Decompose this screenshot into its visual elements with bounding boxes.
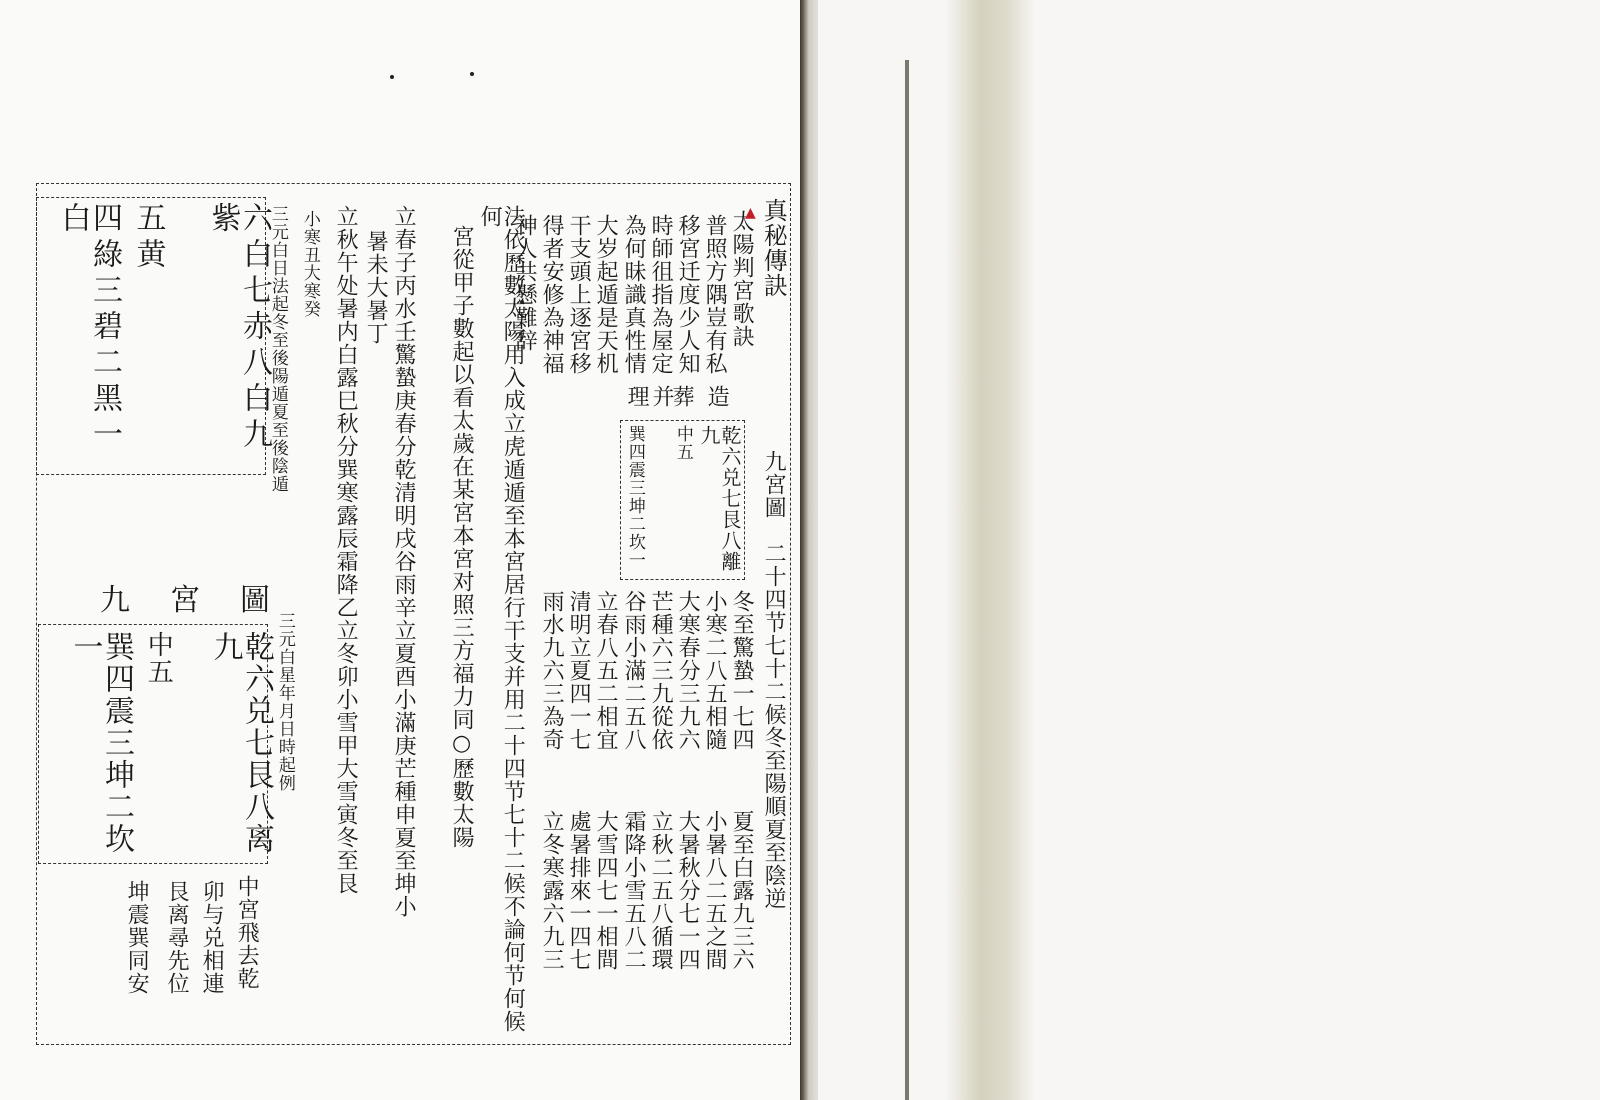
yang-term: 大寒春分三九六 <box>676 590 699 751</box>
left-page: 真秘傳訣 太陽判宮歌訣 普照方隅豈有私 移宮迁度少人知 時師徂指為屋定 為何昧識… <box>0 0 805 1100</box>
verse-line: 時師徂指為屋定 <box>649 214 672 375</box>
yang-term: 雨水九六三為奇 <box>540 590 563 751</box>
yang-term: 芒種六三九從依 <box>649 590 672 751</box>
closing-verse-line: 中宮飛去乾 <box>235 875 258 990</box>
yang-term: 冬至驚蟄一七四 <box>730 590 753 751</box>
verse-line: 移宮迁度少人知 <box>676 214 699 375</box>
palace-col-left: 巽四震三坤二坎一 <box>69 631 132 863</box>
method-line: 宮從甲子數起以看太歲在某宮本宮对照三方福力同○歷數太陽 <box>450 225 473 915</box>
ink-speck <box>390 75 394 79</box>
yin-term: 霜降小雪五八二 <box>622 810 645 971</box>
method-line: 暑未大暑丁 <box>364 230 387 345</box>
verse-heading: 太陽判宮歌訣 <box>730 210 753 348</box>
chart-header-1: 造 <box>705 385 728 408</box>
verse-line: 為何昧識真性情 <box>622 214 645 375</box>
method-line: 立春子丙水壬驚蟄庚春分乾清明戌谷雨辛立夏酉小滿庚芒種申夏至坤小 <box>392 205 415 1035</box>
yang-term: 立春八五二相宜 <box>594 590 617 751</box>
nine-palace-chart: 乾六兑七艮八离九 中五 巽四震三坤二坎一 <box>38 624 268 864</box>
chart-bottom-row: 巽四震三坤二坎一 <box>625 425 643 569</box>
yin-term: 小暑八二五之間 <box>703 810 726 971</box>
palace-center: 中五 <box>144 631 171 685</box>
method-line: 小寒丑大寒癸 <box>300 210 318 318</box>
yin-term: 大雪四七一相間 <box>594 810 617 971</box>
verse-line: 大岁起遁是天机 <box>594 214 617 375</box>
star-grid-note: 三元白日法起冬至後陽遁夏至後陰遁 <box>268 205 286 565</box>
right-page-blank <box>818 0 1600 1100</box>
page-fold-line <box>905 60 909 1100</box>
yin-term: 處暑排來一四七 <box>567 810 590 971</box>
closing-verse-line: 坤震巽同安 <box>125 880 148 995</box>
yang-term: 谷雨小滿二五八 <box>622 590 645 751</box>
solar-terms-heading: 九宮圖 二十四节七十二候冬至陽順夏至陰逆 <box>762 450 785 1010</box>
yin-term: 立冬寒露六九三 <box>540 810 563 971</box>
star-col-left: 四綠三碧二黑一白 <box>57 202 120 474</box>
closing-verse-line: 艮离尋先位 <box>165 880 188 995</box>
palace-col-right: 乾六兑七艮八离九 <box>209 631 272 863</box>
method-line: 立秋午处暑内白露巳秋分巽寒露辰霜降乙立冬卯小雪甲大雪寅冬至艮 <box>334 205 357 1035</box>
chart-header-4: 理 <box>625 385 648 408</box>
palace-note: 三元白星年月日時起例 <box>275 612 293 792</box>
yang-term: 小寒二八五相隨 <box>703 590 726 751</box>
yin-term: 立秋二五八循環 <box>649 810 672 971</box>
star-grid: 六白七赤八白九紫 五黄 四綠三碧二黑一白 <box>36 197 266 475</box>
yang-term: 清明立夏四一七 <box>567 590 590 751</box>
star-col-middle: 五黄 <box>132 202 164 274</box>
chart-top-row: 乾六兑七艮八離九 <box>698 425 740 579</box>
ink-speck <box>520 300 524 304</box>
method-line: 法依歷數太陽用入成立虎遁遁至本宮居行干支并用二十四节七十二候不論何节何候何 <box>478 205 524 1035</box>
red-mark-triangle: ▲ <box>745 205 756 221</box>
closing-verse-line: 卯与兑相連 <box>200 880 223 995</box>
verse-line: 普照方隅豈有私 <box>703 214 726 375</box>
yin-term: 大暑秋分七一四 <box>676 810 699 971</box>
ink-speck <box>470 72 474 76</box>
verse-line: 得者安修為神福 <box>540 214 563 375</box>
chart-header-3: 并 <box>650 385 673 408</box>
yin-term: 夏至白露九三六 <box>730 810 753 971</box>
paper-stain <box>945 0 1035 1100</box>
verse-line: 干支頭上逐宮移 <box>567 214 590 375</box>
chart-center: 中五 <box>673 425 691 461</box>
star-col-right: 六白七赤八白九紫 <box>207 202 270 474</box>
document-title: 真秘傳訣 <box>760 198 785 298</box>
luo-shu-chart: 乾六兑七艮八離九 中五 巽四震三坤二坎一 <box>620 420 745 580</box>
